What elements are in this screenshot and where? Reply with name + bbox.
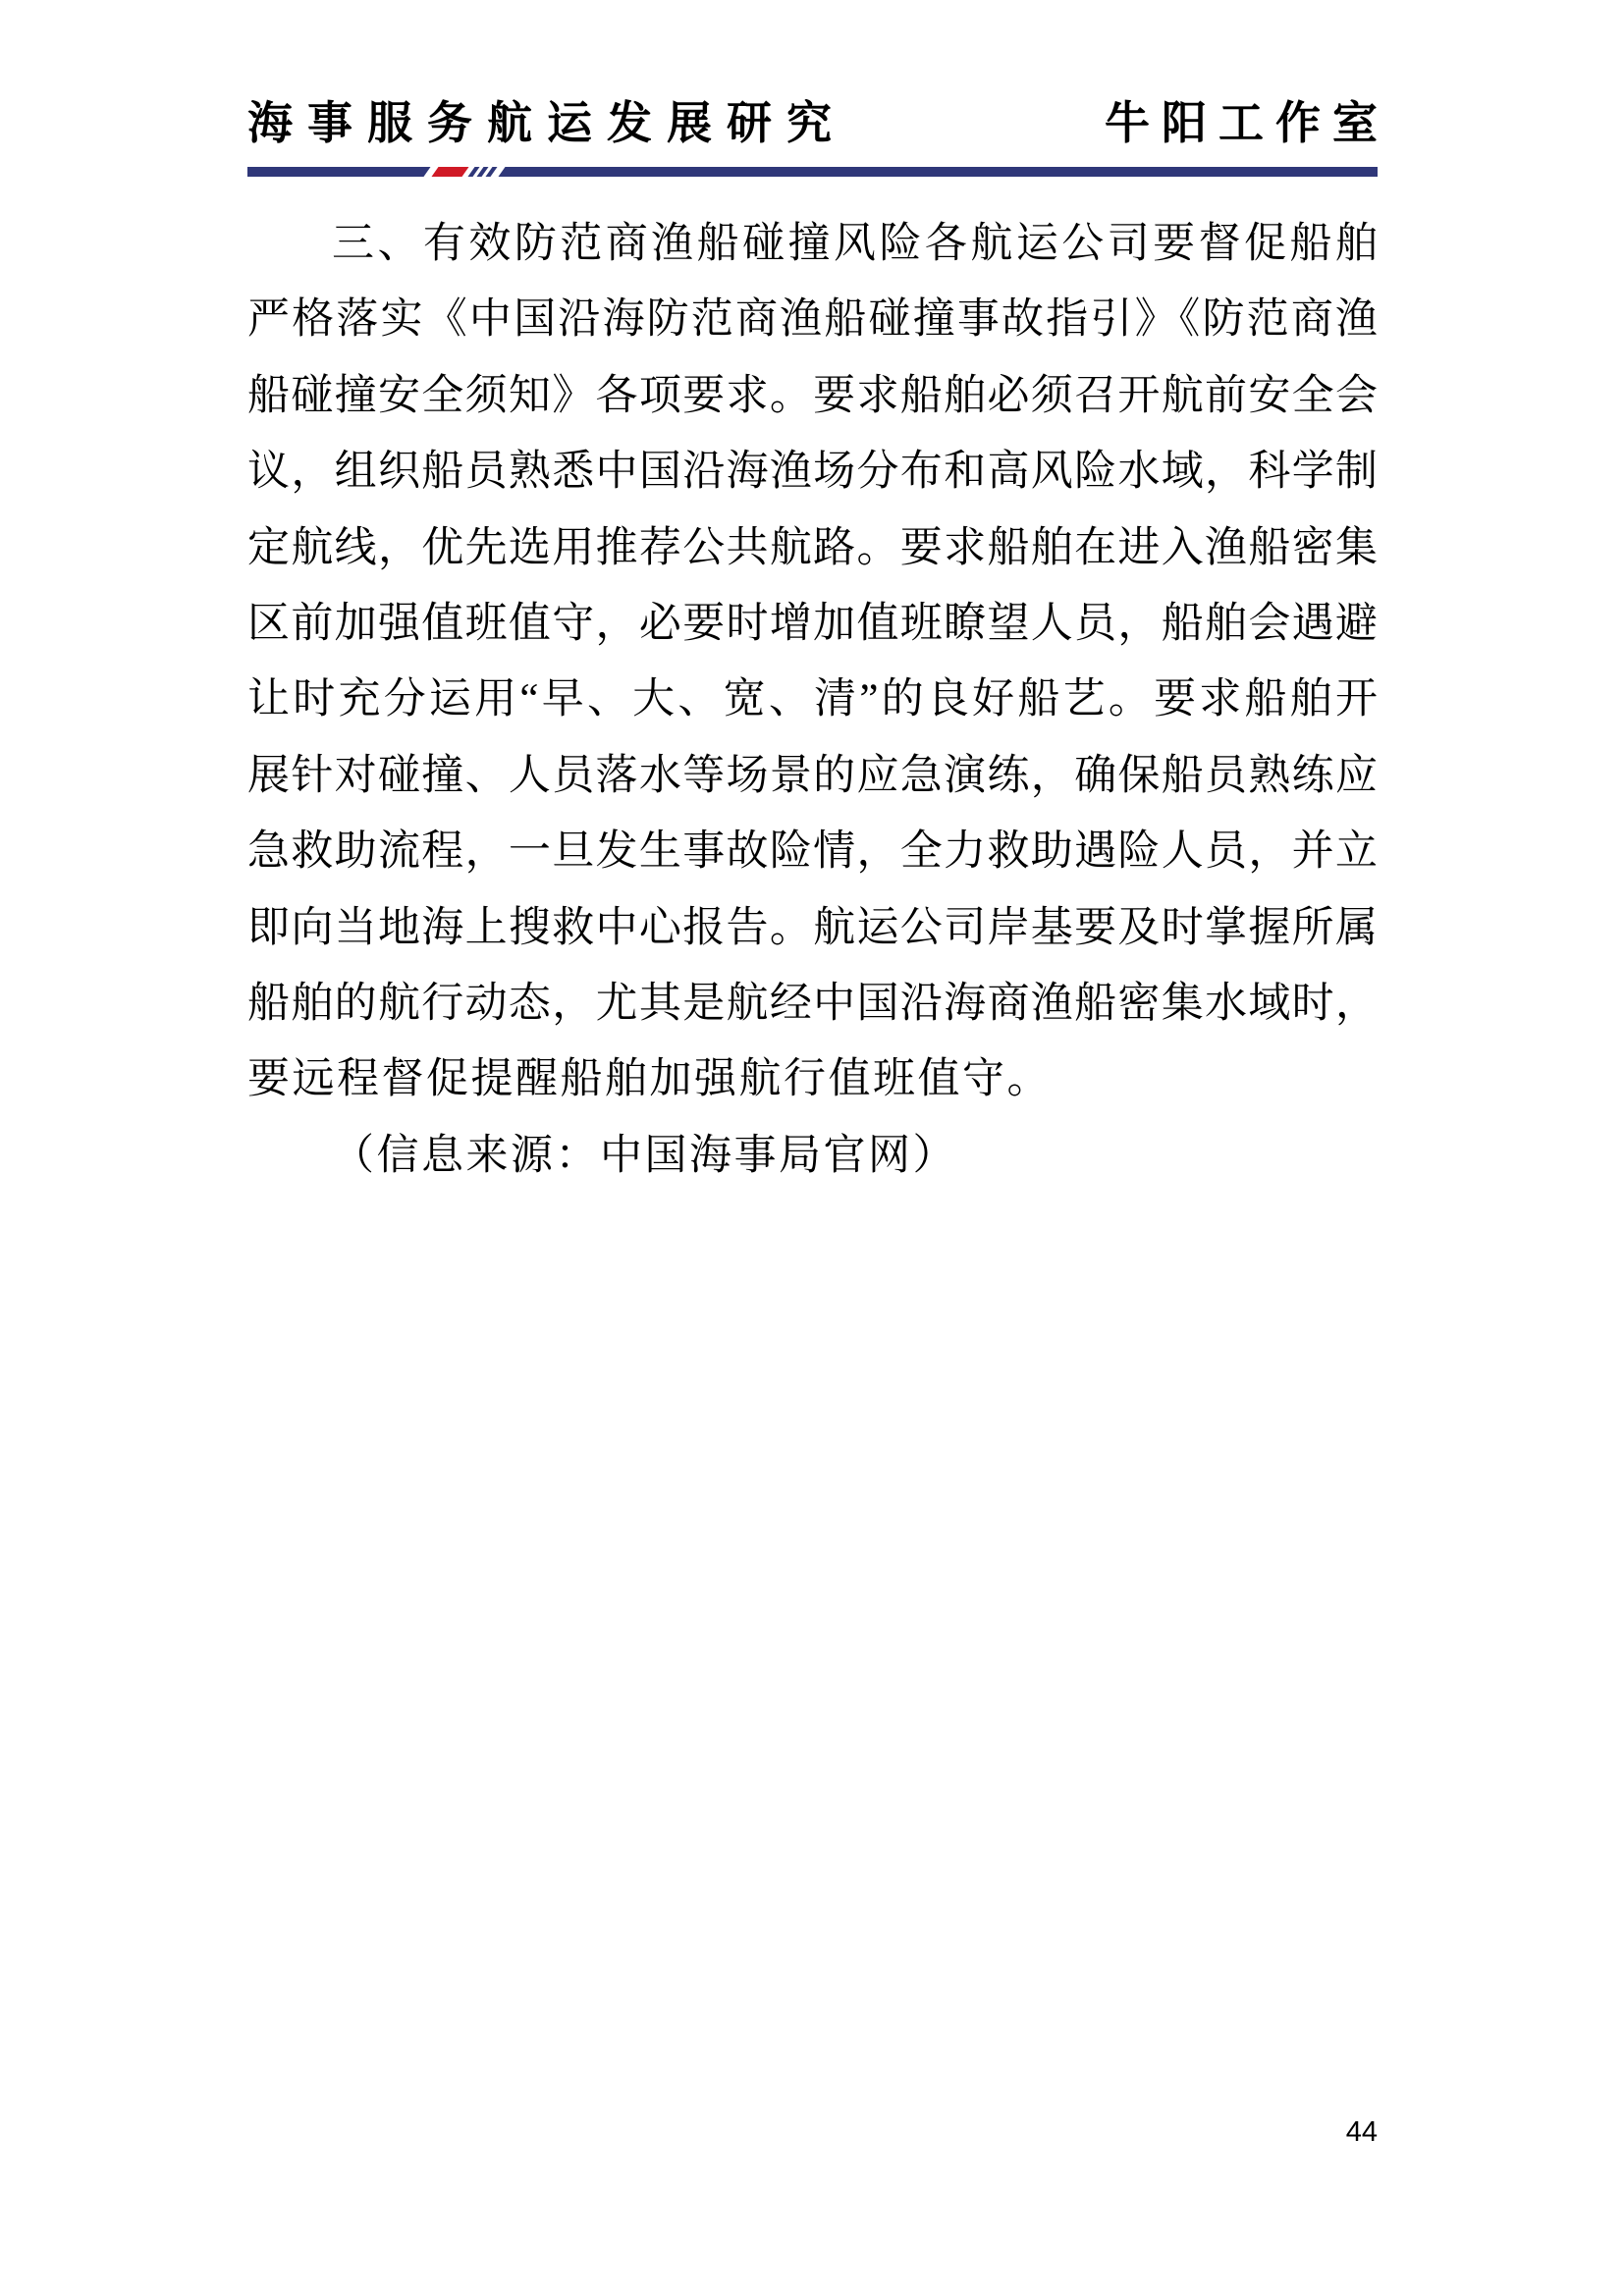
page-number: 44 xyxy=(1346,2116,1378,2148)
text-line: 定航线，优先选用推荐公共航路。要求船舶在进入渔船密集 xyxy=(247,510,1378,586)
text-line: 要远程督促提醒船舶加强航行值班值守。 xyxy=(247,1041,1378,1117)
text-line: 三、有效防范商渔船碰撞风险各航运公司要督促船舶 xyxy=(247,206,1378,282)
text-line: 急救助流程，一旦发生事故险情，全力救助遇险人员，并立 xyxy=(247,814,1378,889)
text-line: 议，组织船员熟悉中国沿海渔场分布和高风险水域，科学制 xyxy=(247,434,1378,509)
header-rule xyxy=(247,167,1378,177)
header-rule-accent xyxy=(423,167,505,177)
text-line: 船舶的航行动态，尤其是航经中国沿海商渔船密集水域时， xyxy=(247,966,1378,1041)
source-line: （信息来源：中国海事局官网） xyxy=(247,1118,1378,1194)
text-line: 即向当地海上搜救中心报告。航运公司岸基要及时掌握所属 xyxy=(247,890,1378,966)
rule-red-parallelogram xyxy=(431,167,468,177)
document-page: 海事服务航运发展研究 牛阳工作室 三、有效防范商渔船碰撞风险各航运公司要督促船舶… xyxy=(0,0,1624,2296)
text-line: 让时充分运用“早、大、宽、清”的良好船艺。要求船舶开 xyxy=(247,662,1378,737)
text-line: 展针对碰撞、人员落水等场景的应急演练，确保船员熟练应 xyxy=(247,738,1378,814)
body-paragraph: 三、有效防范商渔船碰撞风险各航运公司要督促船舶 严格落实《中国沿海防范商渔船碰撞… xyxy=(247,206,1378,1194)
header-left-title: 海事服务航运发展研究 xyxy=(247,98,846,147)
header-right-title: 牛阳工作室 xyxy=(1105,98,1389,147)
text-line: 船碰撞安全须知》各项要求。要求船舶必须召开航前安全会 xyxy=(247,358,1378,434)
text-line: 严格落实《中国沿海防范商渔船碰撞事故指引》《防范商渔 xyxy=(247,282,1378,357)
text-line: 区前加强值班值守，必要时增加值班瞭望人员，船舶会遇避 xyxy=(247,586,1378,662)
page-header: 海事服务航运发展研究 牛阳工作室 xyxy=(247,98,1378,147)
